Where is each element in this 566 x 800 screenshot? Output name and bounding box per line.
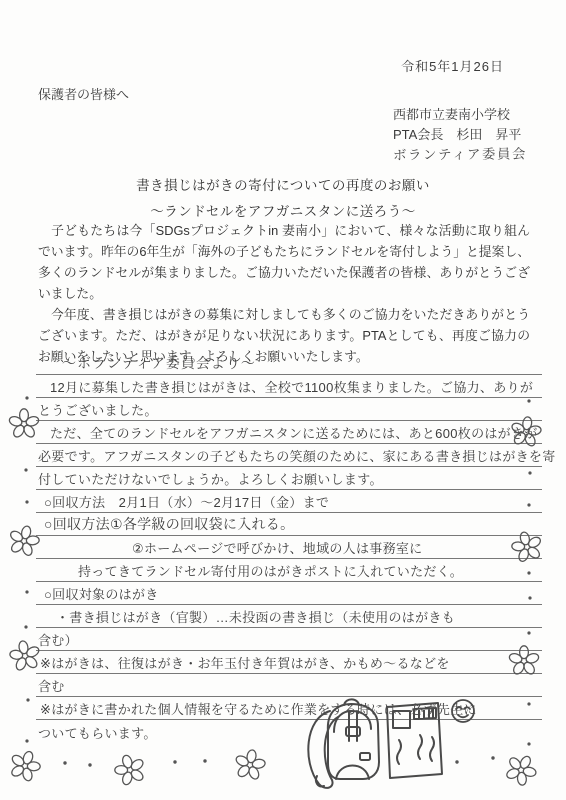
sender-pta-chair: PTA会長 杉田 昇平 <box>393 125 527 145</box>
letter-date: 令和5年1月26日 <box>401 56 504 75</box>
flower-doodle <box>5 746 45 785</box>
note-line: ついてもらいます。 <box>36 720 542 743</box>
note-line-text: ※はがきに書かれた個人情報を守るために作業をする時には、必ず先生に <box>36 699 477 718</box>
paragraph-1: 子どもたちは今「SDGsプロジェクトin 妻南小」において、様々な活動に取り組ん… <box>38 220 530 304</box>
note-line-text: ②ホームページで呼びかけ、地域の人は事務室に <box>36 538 422 557</box>
note-line: 必要です。アフガニスタンの子どもたちの笑顔のために、家にある書き損じはがきを寄 <box>36 444 542 467</box>
note-line-text: 12月に募集した書き損じはがきは、全校で1100枚集まりました。ご協力、ありが <box>36 377 533 396</box>
letter-subtitle: ～ランドセルをアフガニスタンに送ろう～ <box>0 200 566 220</box>
handwritten-note: ～ボランティア委員会より～ 12月に募集した書き損じはがきは、全校で1100枚集… <box>36 352 542 743</box>
flower-doodle <box>500 749 542 791</box>
note-line-text: 付していただけないでしょうか。よろしくお願いします。 <box>36 469 383 488</box>
flower-doodle <box>232 747 268 782</box>
note-line: ※はがきは、往復はがき・お年玉付き年賀はがき、かもめ～るなどを <box>36 651 542 674</box>
flower-doodle <box>110 751 149 789</box>
note-line-text: 持ってきてランドセル寄付用のはがきポストに入れていただく。 <box>36 561 463 580</box>
note-line-text: ○回収方法①各学級の回収袋に入れる。 <box>36 514 294 534</box>
note-line-text: ・書き損じはがき（官製）…未投函の書き損じ（未使用のはがきも <box>36 607 455 626</box>
note-line: ○回収方法①各学級の回収袋に入れる。 <box>36 513 542 536</box>
letter-title: 書き損じはがきの寄付についての再度のお願い <box>0 174 566 194</box>
note-line: 含む） <box>36 628 542 651</box>
note-line: 含む <box>36 674 542 697</box>
note-line-text: 含む <box>36 676 65 695</box>
note-line-text: 必要です。アフガニスタンの子どもたちの笑顔のために、家にある書き損じはがきを寄 <box>36 446 556 465</box>
note-line: ただ、全てのランドセルをアフガニスタンに送るためには、あと600枚のはがきが <box>36 421 542 444</box>
sender-block: 西都市立妻南小学校 PTA会長 杉田 昇平 ボランティア委員会 <box>393 105 527 165</box>
letter-body: 子どもたちは今「SDGsプロジェクトin 妻南小」において、様々な活動に取り組ん… <box>38 220 530 367</box>
note-line: とうございました。 <box>36 398 542 421</box>
note-line-text: とうございました。 <box>36 400 158 419</box>
note-heading: ～ボランティア委員会より～ <box>36 353 256 373</box>
note-line: 持ってきてランドセル寄付用のはがきポストに入れていただく。 <box>36 559 542 582</box>
note-line-text: ※はがきは、往復はがき・お年玉付き年賀はがき、かもめ～るなどを <box>36 653 450 672</box>
sender-committee-signature: ボランティア委員会 <box>393 144 527 165</box>
scanned-letter-page: 令和5年1月26日 保護者の皆様へ 西都市立妻南小学校 PTA会長 杉田 昇平 … <box>0 0 566 800</box>
note-line: ・書き損じはがき（官製）…未投函の書き損じ（未使用のはがきも <box>36 605 542 628</box>
addressee: 保護者の皆様へ <box>38 84 129 103</box>
note-line: 12月に募集した書き損じはがきは、全校で1100枚集まりました。ご協力、ありが <box>36 375 542 398</box>
note-line: ○回収方法 2月1日（水）～2月17日（金）まで <box>36 490 542 513</box>
note-line: ※はがきに書かれた個人情報を守るために作業をする時には、必ず先生に <box>36 697 542 720</box>
note-line-text: 含む） <box>36 630 78 649</box>
note-line-text: ○回収方法 2月1日（水）～2月17日（金）まで <box>36 492 329 511</box>
note-line-text: ○回収対象のはがき <box>36 584 159 603</box>
note-line-text: ついてもらいます。 <box>36 723 157 742</box>
title-block: 書き損じはがきの寄付についての再度のお願い ～ランドセルをアフガニスタンに送ろう… <box>0 174 566 220</box>
note-line-text: ただ、全てのランドセルをアフガニスタンに送るためには、あと600枚のはがきが <box>36 423 538 442</box>
note-line: ○回収対象のはがき <box>36 582 542 605</box>
note-heading-row: ～ボランティア委員会より～ <box>36 352 542 375</box>
note-line: 付していただけないでしょうか。よろしくお願いします。 <box>36 467 542 490</box>
note-line: ②ホームページで呼びかけ、地域の人は事務室に <box>36 536 542 559</box>
sender-school: 西都市立妻南小学校 <box>393 105 527 125</box>
